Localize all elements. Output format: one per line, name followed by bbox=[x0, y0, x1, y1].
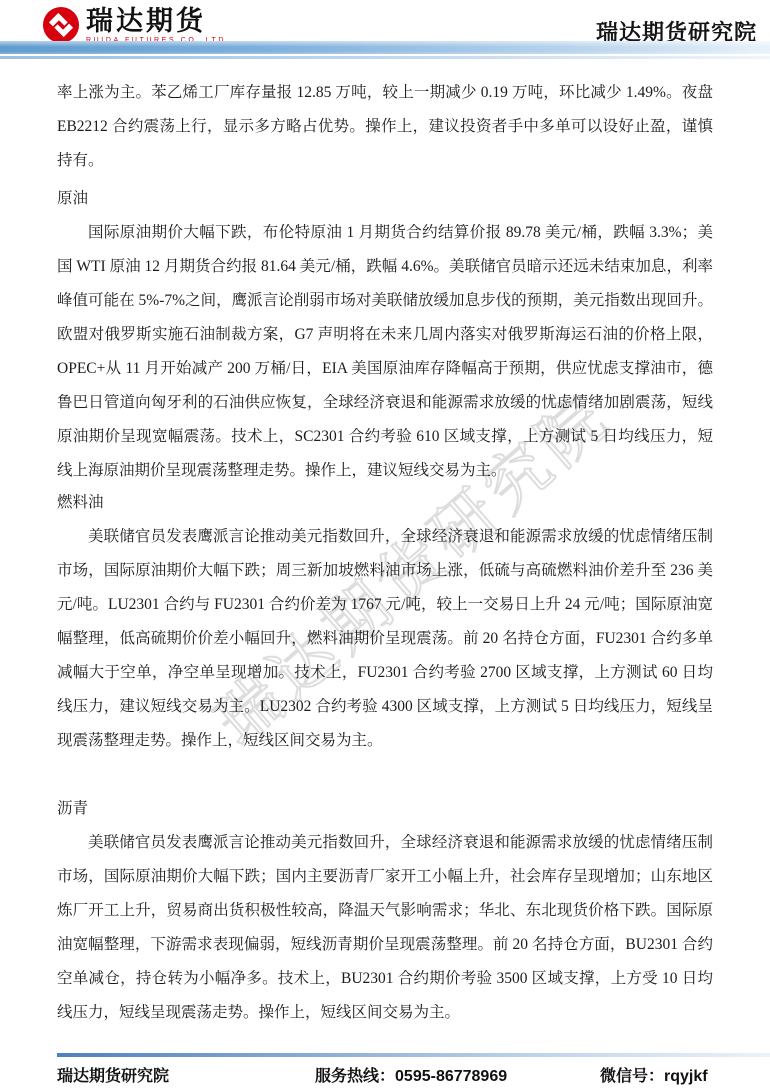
report-page: 瑞达期货 RUIDA FUTURES CO.,LTD. 瑞达期货研究院 瑞达期货… bbox=[0, 0, 770, 1090]
section-body-crude-oil: 国际原油期价大幅下跌，布伦特原油 1 月期货合约结算价报 89.78 美元/桶，… bbox=[57, 216, 713, 488]
section-body-bitumen: 美联储官员发表鹰派言论推动美元指数回升，全球经济衰退和能源需求放缓的忧虑情绪压制… bbox=[57, 826, 713, 1030]
intro-paragraph: 率上涨为主。苯乙烯工厂库存量报 12.85 万吨，较上一期减少 0.19 万吨，… bbox=[57, 76, 713, 178]
section-body-fuel-oil: 美联储官员发表鹰派言论推动美元指数回升，全球经济衰退和能源需求放缓的忧虑情绪压制… bbox=[57, 520, 713, 758]
section-heading-crude-oil: 原油 bbox=[57, 182, 713, 216]
section-heading-fuel-oil: 燃料油 bbox=[57, 486, 713, 520]
section-heading-bitumen: 沥青 bbox=[57, 792, 713, 826]
document-body: 率上涨为主。苯乙烯工厂库存量报 12.85 万吨，较上一期减少 0.19 万吨，… bbox=[0, 0, 770, 1090]
